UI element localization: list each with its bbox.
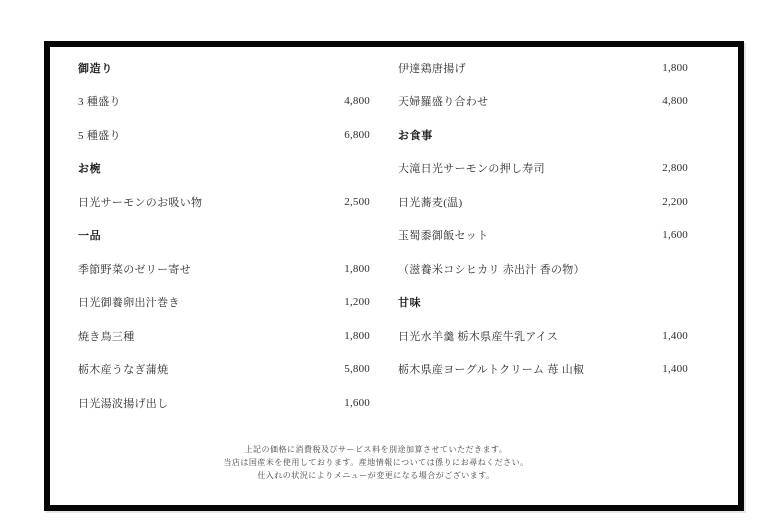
menu-item-row: 日光サーモンのお吸い物2,500 — [78, 185, 370, 219]
menu-item-price: 2,500 — [344, 196, 370, 208]
menu-item-note-row: （滋養米コシヒカリ 赤出汁 香の物） — [398, 252, 688, 286]
menu-item-price: 1,400 — [662, 330, 688, 342]
menu-item-label: 伊達鶏唐揚げ — [398, 60, 466, 76]
menu-item-label: 5 種盛り — [78, 127, 121, 143]
menu-section-title: 御造り — [78, 60, 113, 76]
menu-section-header: お椀 — [78, 152, 370, 186]
footer-note-line: 仕入れの状況によりメニューが変更になる場合がございます。 — [50, 469, 702, 482]
menu-item-label: 栃木産うなぎ蒲焼 — [78, 361, 168, 377]
menu-item-price: 1,800 — [344, 263, 370, 275]
menu-section-title: お椀 — [78, 160, 101, 176]
menu-item-row: 玉蜀黍御飯セット1,600 — [398, 219, 688, 253]
menu-item-price: 1,200 — [344, 296, 370, 308]
menu-item-price: 1,400 — [662, 363, 688, 375]
menu-item-row: 日光湯波揚げ出し1,600 — [78, 386, 370, 420]
menu-item-row: 伊達鶏唐揚げ1,800 — [398, 51, 688, 85]
menu-item-label: 栃木県産ヨーグルトクリーム 苺 山椒 — [398, 361, 584, 377]
menu-item-label: 大滝日光サーモンの押し寿司 — [398, 160, 545, 176]
menu-section-title: お食事 — [398, 127, 433, 143]
menu-item-label: 日光サーモンのお吸い物 — [78, 194, 202, 210]
menu-item-label: （滋養米コシヒカリ 赤出汁 香の物） — [398, 261, 585, 277]
menu-item-price: 6,800 — [344, 129, 370, 141]
menu-item-row: 天婦羅盛り合わせ4,800 — [398, 85, 688, 119]
menu-item-label: 日光湯波揚げ出し — [78, 395, 168, 411]
menu-item-row: 5 種盛り6,800 — [78, 118, 370, 152]
menu-item-price: 5,800 — [344, 363, 370, 375]
menu-frame: 御造り3 種盛り4,8005 種盛り6,800お椀日光サーモンのお吸い物2,50… — [44, 41, 744, 511]
menu-column-right: 伊達鶏唐揚げ1,800天婦羅盛り合わせ4,800お食事大滝日光サーモンの押し寿司… — [398, 51, 688, 386]
menu-item-label: 季節野菜のゼリー寄せ — [78, 261, 191, 277]
menu-item-label: 3 種盛り — [78, 93, 121, 109]
menu-item-price: 1,600 — [662, 229, 688, 241]
menu-item-row: 季節野菜のゼリー寄せ1,800 — [78, 252, 370, 286]
menu-item-row: 日光蕎麦(温)2,200 — [398, 185, 688, 219]
menu-item-price: 1,800 — [662, 62, 688, 74]
menu-item-row: 焼き鳥三種1,800 — [78, 319, 370, 353]
menu-footer: 上記の価格に消費税及びサービス料を別途加算させていただきます。当店は国産米を使用… — [50, 443, 702, 482]
menu-item-label: 日光御養卵出汁巻き — [78, 294, 180, 310]
menu-item-row: 日光御養卵出汁巻き1,200 — [78, 286, 370, 320]
menu-column-left: 御造り3 種盛り4,8005 種盛り6,800お椀日光サーモンのお吸い物2,50… — [78, 51, 370, 420]
menu-section-header: お食事 — [398, 118, 688, 152]
menu-item-row: 栃木産うなぎ蒲焼5,800 — [78, 353, 370, 387]
menu-section-title: 一品 — [78, 227, 101, 243]
menu-item-price: 4,800 — [662, 95, 688, 107]
menu-item-price: 2,200 — [662, 196, 688, 208]
menu-section-title: 甘味 — [398, 294, 421, 310]
menu-item-label: 玉蜀黍御飯セット — [398, 227, 488, 243]
menu-item-row: 3 種盛り4,800 — [78, 85, 370, 119]
menu-section-header: 甘味 — [398, 286, 688, 320]
menu-item-price: 4,800 — [344, 95, 370, 107]
menu-section-header: 御造り — [78, 51, 370, 85]
menu-item-price: 1,600 — [344, 397, 370, 409]
menu-section-header: 一品 — [78, 219, 370, 253]
menu-item-label: 日光蕎麦(温) — [398, 194, 462, 210]
menu-item-row: 日光水羊羹 栃木県産牛乳アイス1,400 — [398, 319, 688, 353]
menu-item-row: 大滝日光サーモンの押し寿司2,800 — [398, 152, 688, 186]
footer-note-line: 上記の価格に消費税及びサービス料を別途加算させていただきます。 — [50, 443, 702, 456]
footer-note-line: 当店は国産米を使用しております。産地情報については係りにお尋ねください。 — [50, 456, 702, 469]
menu-item-label: 日光水羊羹 栃木県産牛乳アイス — [398, 328, 558, 344]
menu-item-price: 1,800 — [344, 330, 370, 342]
menu-item-row: 栃木県産ヨーグルトクリーム 苺 山椒1,400 — [398, 353, 688, 387]
menu-item-price: 2,800 — [662, 162, 688, 174]
menu-item-label: 焼き鳥三種 — [78, 328, 135, 344]
menu-page: 御造り3 種盛り4,8005 種盛り6,800お椀日光サーモンのお吸い物2,50… — [0, 0, 768, 524]
menu-item-label: 天婦羅盛り合わせ — [398, 93, 488, 109]
